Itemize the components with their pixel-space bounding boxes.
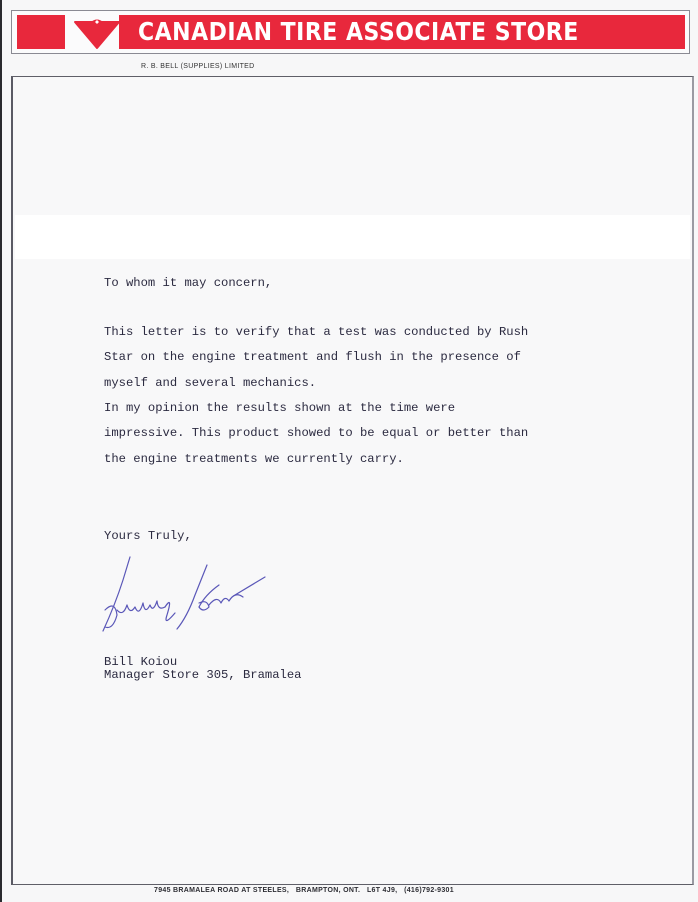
signature-icon	[95, 555, 270, 635]
body-line: the engine treatments we currently carry…	[104, 452, 404, 466]
letterhead: CANADIAN TIRE ASSOCIATE STORE	[11, 10, 690, 54]
letterhead-red-block	[17, 15, 65, 49]
closing: Yours Truly,	[104, 529, 192, 543]
signer-name: Bill Koiou	[104, 655, 177, 669]
page-edge	[0, 0, 2, 902]
store-title: CANADIAN TIRE ASSOCIATE STORE	[119, 18, 579, 47]
body-line: This letter is to verify that a test was…	[104, 325, 528, 339]
scan-strip	[15, 215, 690, 259]
body-line: myself and several mechanics.	[104, 376, 316, 390]
footer-address: 7945 BRAMALEA ROAD AT STEELES, BRAMPTON,…	[154, 887, 454, 894]
signer-title: Manager Store 305, Bramalea	[104, 668, 301, 682]
company-subtitle: R. B. BELL (SUPPLIES) LIMITED	[141, 63, 254, 70]
letter-frame	[11, 76, 694, 885]
canadian-tire-triangle-icon	[69, 14, 125, 50]
body-line: Star on the engine treatment and flush i…	[104, 350, 521, 364]
salutation: To whom it may concern,	[104, 276, 272, 290]
body-line: impressive. This product showed to be eq…	[104, 426, 528, 440]
body-line: In my opinion the results shown at the t…	[104, 401, 455, 415]
letterhead-banner: CANADIAN TIRE ASSOCIATE STORE	[119, 15, 685, 49]
